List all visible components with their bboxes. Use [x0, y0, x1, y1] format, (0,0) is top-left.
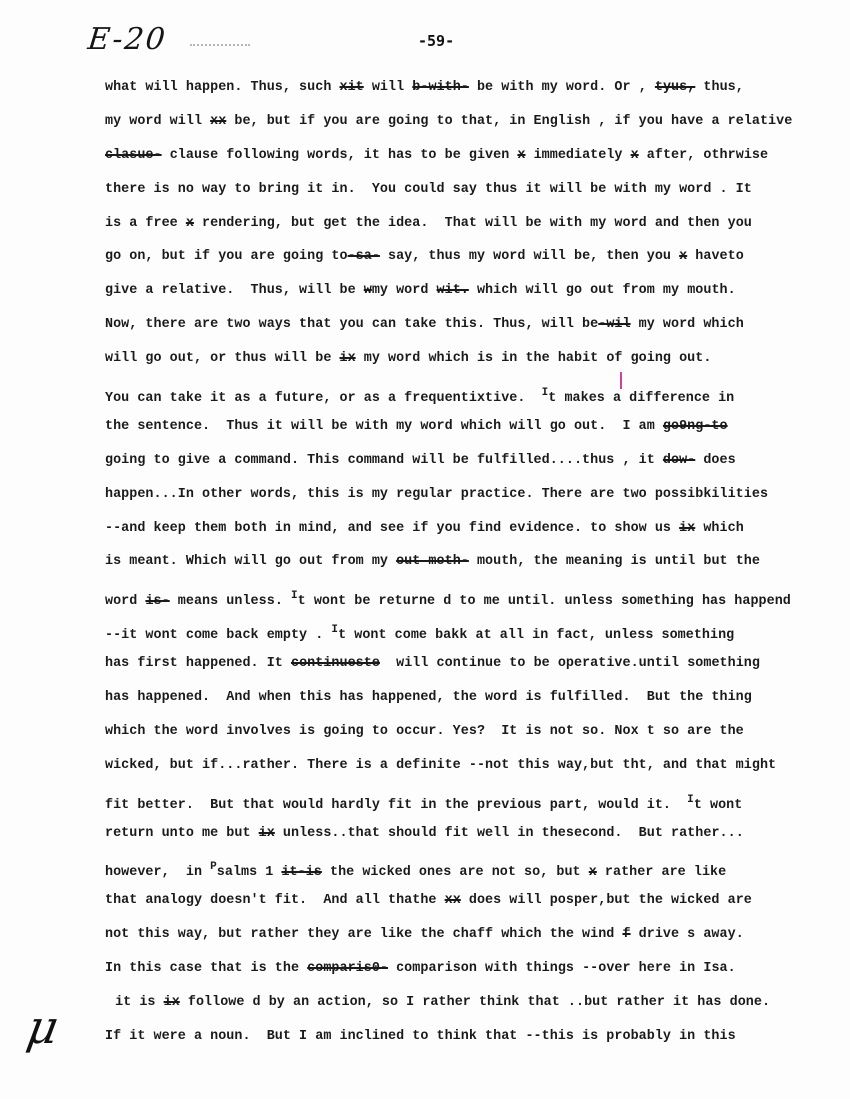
- typed-text: has happened. And when this has happened…: [105, 690, 752, 705]
- typed-text: --and keep them both in mind, and see if…: [105, 521, 679, 536]
- typed-text: rather are like: [597, 865, 726, 880]
- typed-text: means unless.: [170, 594, 291, 609]
- struck-out-text: x: [631, 148, 639, 163]
- text-line: will go out, or thus will be ix my word …: [105, 348, 845, 382]
- struck-out-text: x: [186, 216, 194, 231]
- typed-text: give a relative. Thus, will be: [105, 283, 364, 298]
- typed-text: word: [105, 594, 145, 609]
- struck-out-text: continueste: [291, 656, 380, 671]
- typed-text: fit better. But that would hardly fit in…: [105, 798, 687, 813]
- text-line: has first happened. It continueste will …: [105, 653, 845, 687]
- text-line: going to give a command. This command wi…: [105, 450, 845, 484]
- text-line: there is no way to bring it in. You coul…: [105, 179, 845, 213]
- typed-text: is meant. Which will go out from my: [105, 554, 396, 569]
- struck-out-text: is-: [145, 594, 169, 609]
- typed-text: however, in: [105, 865, 210, 880]
- typed-text: that analogy doesn't fit. And all thathe: [105, 893, 445, 908]
- text-line: Now, there are two ways that you can tak…: [105, 314, 845, 348]
- typed-text: say, thus my word will be, then you: [380, 249, 679, 264]
- struck-out-text: b-with-: [412, 80, 469, 95]
- typed-text: does will posper,but the wicked are: [461, 893, 752, 908]
- typed-text: You can take it as a future, or as a fre…: [105, 391, 542, 406]
- typed-text: wicked, but if...rather. There is a defi…: [105, 758, 776, 773]
- typed-text: t wont: [694, 798, 743, 813]
- text-line: word is- means unless. It wont be return…: [105, 585, 845, 619]
- text-line: is a free x rendering, but get the idea.…: [105, 213, 845, 247]
- text-line: has happened. And when this has happened…: [105, 687, 845, 721]
- text-line: is meant. Which will go out from my out …: [105, 551, 845, 585]
- typed-text: not this way, but rather they are like t…: [105, 927, 622, 942]
- text-line: my word will xx be, but if you are going…: [105, 111, 845, 145]
- typed-text: my word which is in the habit of going o…: [356, 351, 712, 366]
- typed-text: the sentence. Thus it will be with my wo…: [105, 419, 663, 434]
- typed-text: my word will: [105, 114, 210, 129]
- raised-capital: I: [291, 590, 298, 602]
- typed-text: mouth, the meaning is until but the: [469, 554, 760, 569]
- struck-out-text: x: [679, 249, 687, 264]
- text-line: the sentence. Thus it will be with my wo…: [105, 416, 845, 450]
- typed-text: haveto: [687, 249, 744, 264]
- text-line: wicked, but if...rather. There is a defi…: [105, 755, 845, 789]
- typed-text: will: [364, 80, 413, 95]
- page-number: -59-: [418, 32, 454, 50]
- faint-dotted-marks: [190, 44, 250, 48]
- text-line: --and keep them both in mind, and see if…: [105, 518, 845, 552]
- typed-text: it is: [107, 995, 164, 1010]
- struck-out-text: ix: [259, 826, 275, 841]
- typed-text: Now, there are two ways that you can tak…: [105, 317, 598, 332]
- struck-out-text: it-is: [281, 865, 321, 880]
- text-line: fit better. But that would hardly fit in…: [105, 789, 845, 823]
- typed-text: salms 1: [217, 865, 282, 880]
- typed-text: which will go out from my mouth.: [469, 283, 736, 298]
- handwritten-manuscript-id: E-20: [86, 22, 168, 57]
- text-line: that analogy doesn't fit. And all thathe…: [105, 890, 845, 924]
- typed-text: will go out, or thus will be: [105, 351, 340, 366]
- struck-out-text: dow-: [663, 453, 695, 468]
- typed-text: which: [695, 521, 744, 536]
- typed-text: which the word involves is going to occu…: [105, 724, 744, 739]
- typed-text: rendering, but get the idea. That will b…: [194, 216, 752, 231]
- typed-text: In this case that is the: [105, 961, 307, 976]
- text-line: give a relative. Thus, will be wmy word …: [105, 280, 845, 314]
- text-line: what will happen. Thus, such xit will b-…: [105, 77, 845, 111]
- typed-text: is a free: [105, 216, 186, 231]
- text-line: You can take it as a future, or as a fre…: [105, 382, 845, 416]
- text-line: which the word involves is going to occu…: [105, 721, 845, 755]
- typed-text: be, but if you are going to that, in Eng…: [226, 114, 792, 129]
- typed-text: t wont come bakk at all in fact, unless …: [338, 628, 734, 643]
- typed-text: the wicked ones are not so, but: [322, 865, 589, 880]
- struck-out-text: x: [589, 865, 597, 880]
- struck-out-text: comparis0-: [307, 961, 388, 976]
- typed-text: does: [695, 453, 735, 468]
- raised-capital: P: [210, 861, 217, 873]
- typed-text: what will happen. Thus, such: [105, 80, 340, 95]
- text-line: go on, but if you are going to-sa- say, …: [105, 246, 845, 280]
- text-line: --it wont come back empty . It wont come…: [105, 619, 845, 653]
- struck-out-text: clasue-: [105, 148, 162, 163]
- text-line: In this case that is the comparis0- comp…: [105, 958, 845, 992]
- typewritten-transcript-page: E-20 -59- what will happen. Thus, such x…: [0, 0, 850, 1099]
- typed-text: my word which: [631, 317, 744, 332]
- typed-text: comparison with things --over here in Is…: [388, 961, 736, 976]
- text-line: If it were a noun. But I am inclined to …: [105, 1026, 845, 1060]
- struck-out-text: xx: [445, 893, 461, 908]
- typed-text: after, othrwise: [639, 148, 768, 163]
- struck-out-text: xit: [340, 80, 364, 95]
- raised-capital: I: [687, 794, 694, 806]
- typed-text: be with my word. Or ,: [469, 80, 655, 95]
- text-line: it is ix followe d by an action, so I ra…: [105, 992, 845, 1026]
- struck-out-text: f: [622, 927, 630, 942]
- typed-text: t wont be returne d to me until. unless …: [298, 594, 791, 609]
- typed-text: there is no way to bring it in. You coul…: [105, 182, 752, 197]
- typed-text: followe d by an action, so I rather thin…: [180, 995, 770, 1010]
- struck-out-text: ix: [340, 351, 356, 366]
- typed-text: return unto me but: [105, 826, 259, 841]
- typed-text: If it were a noun. But I am inclined to …: [105, 1029, 736, 1044]
- struck-out-text: w: [364, 283, 372, 298]
- struck-out-text: xx: [210, 114, 226, 129]
- typed-text: happen...In other words, this is my regu…: [105, 487, 768, 502]
- struck-out-text: ix: [164, 995, 180, 1010]
- text-line: happen...In other words, this is my regu…: [105, 484, 845, 518]
- text-line: return unto me but ix unless..that shoul…: [105, 823, 845, 857]
- typed-text: --it wont come back empty .: [105, 628, 331, 643]
- struck-out-text: -sa-: [348, 249, 380, 264]
- struck-out-text: tyus,: [655, 80, 695, 95]
- text-line: clasue- clause following words, it has t…: [105, 145, 845, 179]
- typed-text: thus,: [695, 80, 744, 95]
- text-line: however, in Psalms 1 it-is the wicked on…: [105, 856, 845, 890]
- typed-body-text: what will happen. Thus, such xit will b-…: [105, 77, 845, 1060]
- typed-text: unless..that should fit well in thesecon…: [275, 826, 744, 841]
- struck-out-text: -wil: [598, 317, 630, 332]
- struck-out-text: go9ng-to: [663, 419, 728, 434]
- struck-out-text: wit.: [437, 283, 469, 298]
- typed-text: will continue to be operative.until some…: [380, 656, 760, 671]
- typed-text: my word: [372, 283, 437, 298]
- typed-text: going to give a command. This command wi…: [105, 453, 663, 468]
- typed-text: t makes a difference in: [548, 391, 734, 406]
- struck-out-text: ix: [679, 521, 695, 536]
- typed-text: has first happened. It: [105, 656, 291, 671]
- typed-text: drive s away.: [631, 927, 744, 942]
- typed-text: immediately: [525, 148, 630, 163]
- typed-text: clause following words, it has to be giv…: [162, 148, 518, 163]
- text-line: not this way, but rather they are like t…: [105, 924, 845, 958]
- struck-out-text: out moth-: [396, 554, 469, 569]
- typed-text: go on, but if you are going to: [105, 249, 348, 264]
- handwritten-margin-mark: μ: [23, 1000, 62, 1054]
